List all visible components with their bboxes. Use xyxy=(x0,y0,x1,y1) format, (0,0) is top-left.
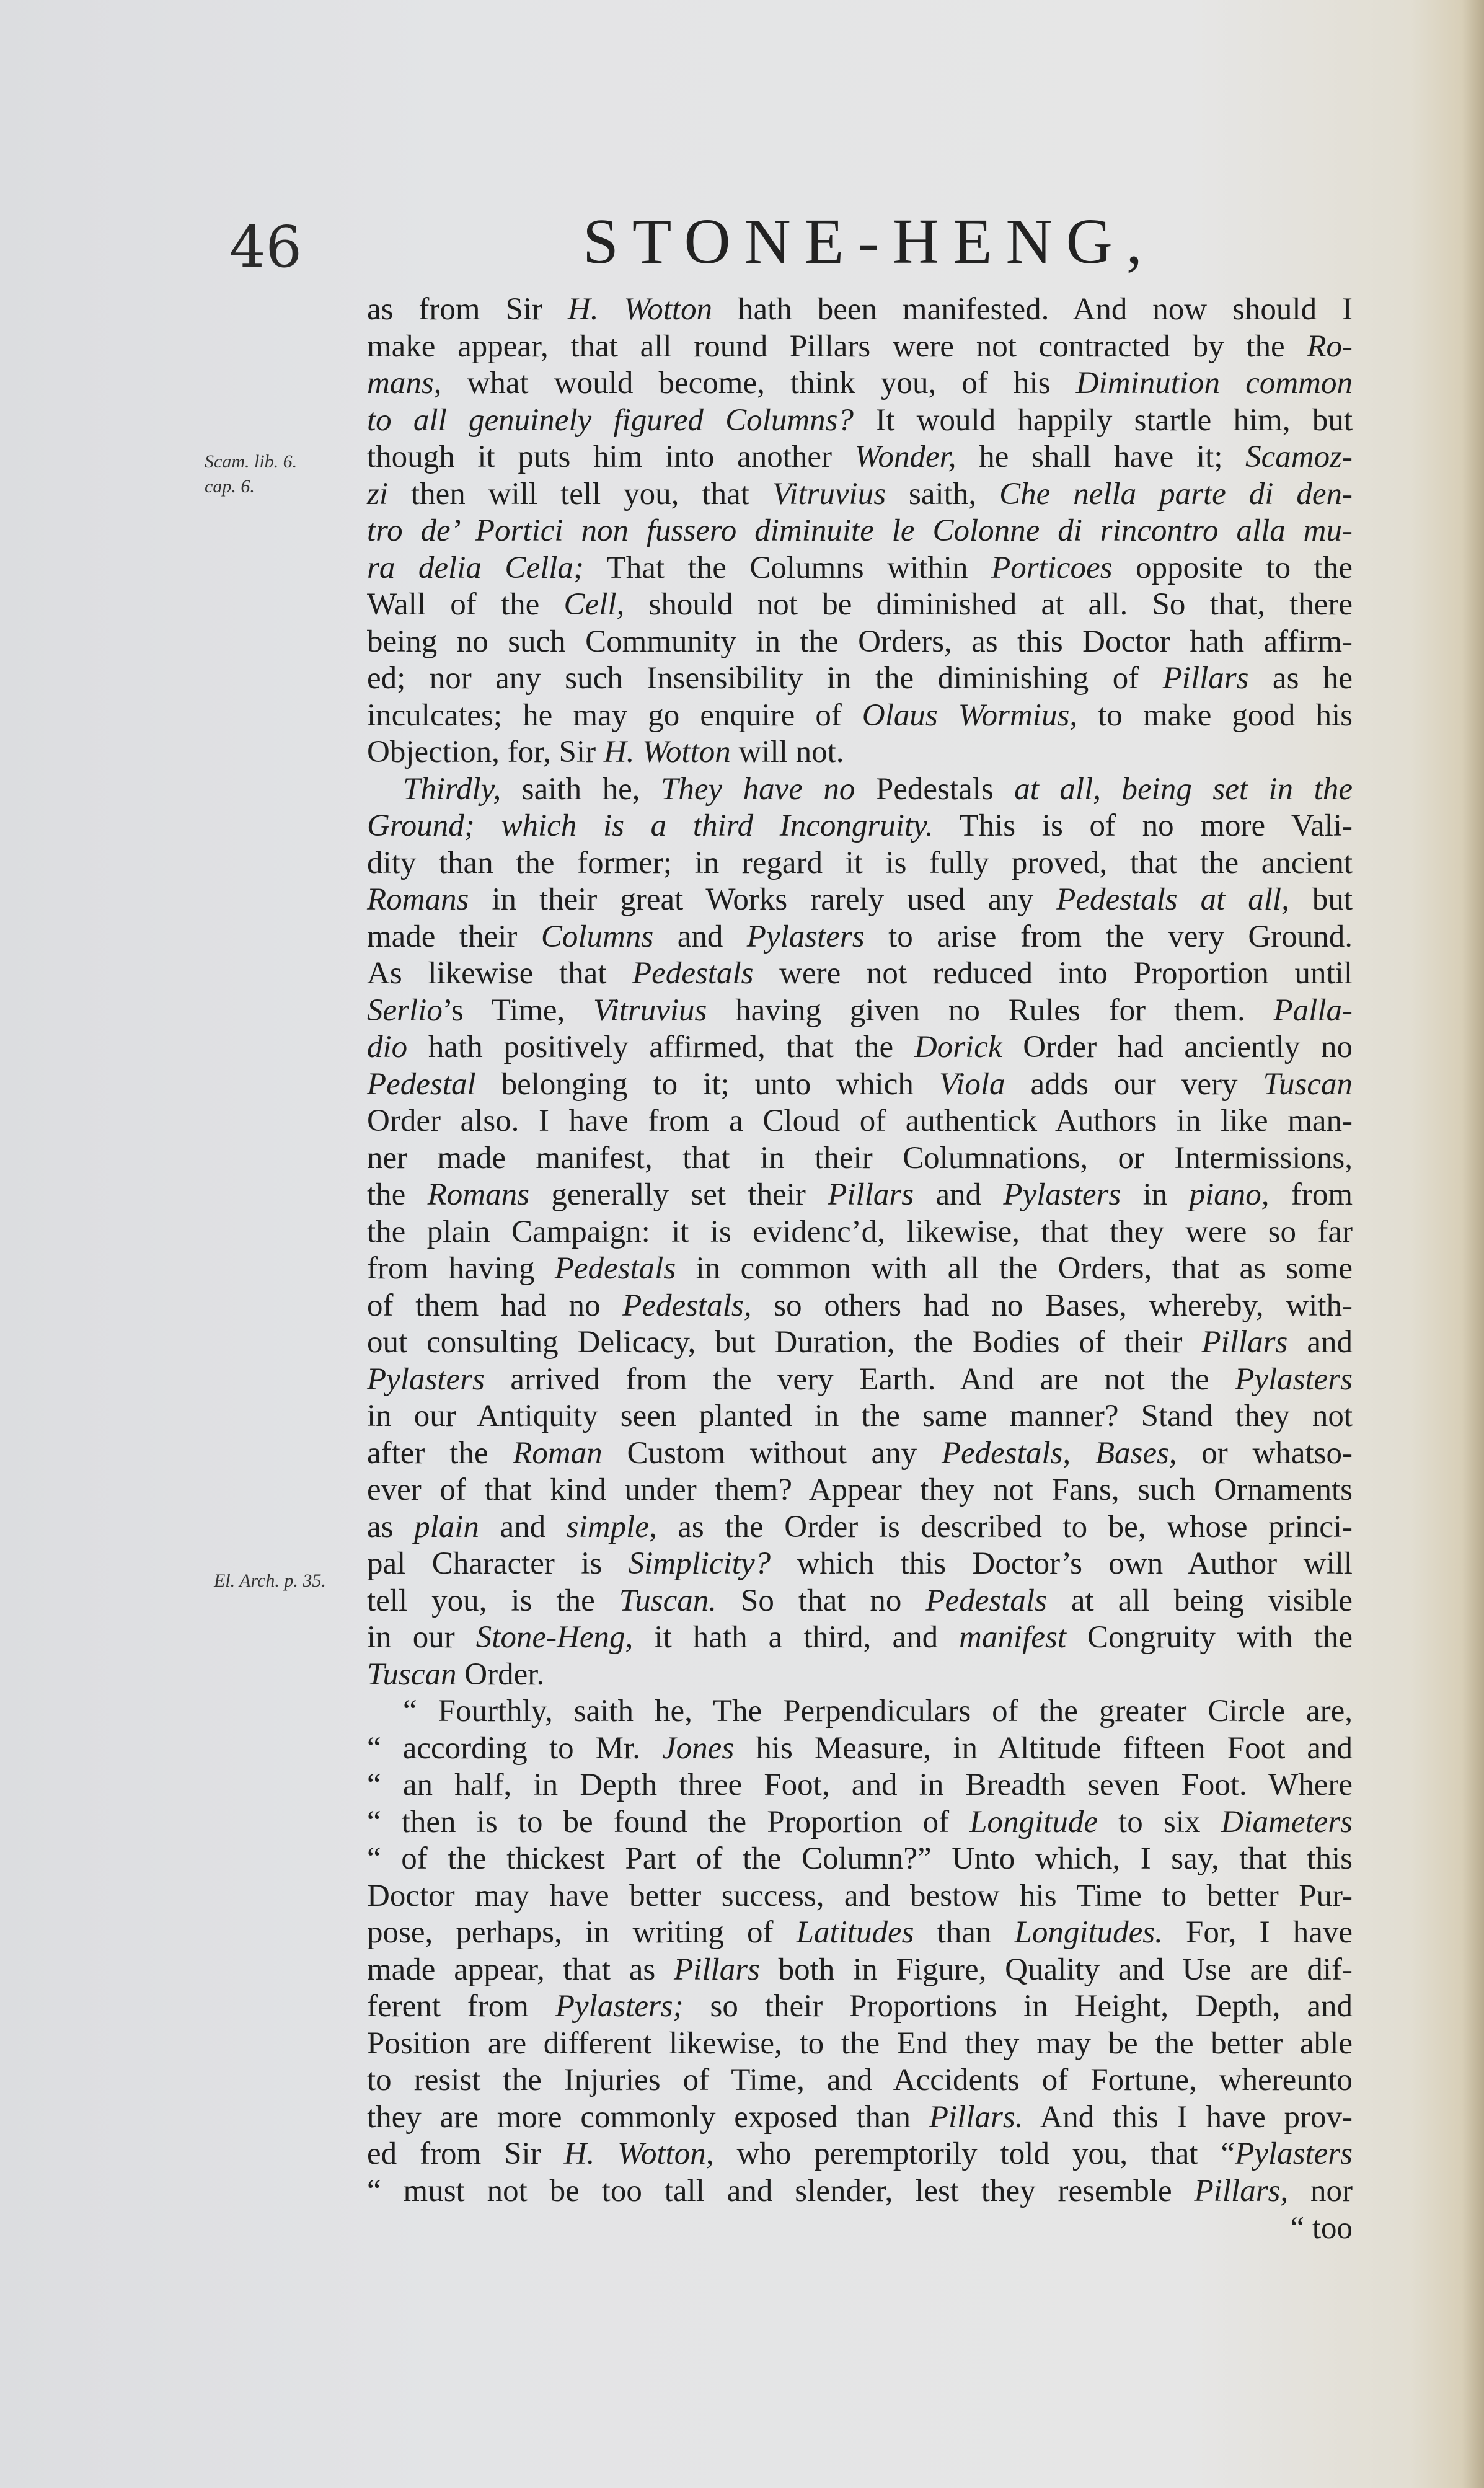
italic-segment: Serlio xyxy=(367,993,443,1028)
margin-note-el-arch: El. Arch. p. 35. xyxy=(214,1569,326,1593)
text-segment: at all being visible xyxy=(1047,1583,1353,1618)
italic-segment: Pylasters xyxy=(1235,1362,1353,1397)
text-segment: made their xyxy=(367,919,541,954)
text-segment: Custom without any xyxy=(603,1436,942,1471)
text-line: from having Pedestals in common with all… xyxy=(367,1251,1353,1288)
text-segment: nor xyxy=(1288,2174,1353,2208)
text-segment: as from Sir xyxy=(367,292,568,327)
text-line: ra delia Cella; That the Columns within … xyxy=(367,550,1353,587)
text-line: ner made manifest, that in their Columna… xyxy=(367,1140,1353,1177)
text-segment: though it puts him into another xyxy=(367,440,855,474)
text-segment: Wall of the xyxy=(367,587,564,622)
text-line: after the Roman Custom without any Pedes… xyxy=(367,1435,1353,1472)
text-segment: Doctor may have better success, and best… xyxy=(367,1879,1353,1913)
text-segment: made appear, that as xyxy=(367,1952,674,1987)
text-line: pal Character is Simplicity? which this … xyxy=(367,1546,1353,1583)
text-segment: tell you, is the xyxy=(367,1583,619,1618)
italic-segment: H. Wotton xyxy=(568,292,712,327)
text-line: dity than the former; in regard it is fu… xyxy=(367,845,1353,882)
text-segment: but xyxy=(1289,882,1353,917)
text-segment: as xyxy=(367,1510,414,1544)
text-line: Wall of the Cell, should not be diminish… xyxy=(367,587,1353,624)
text-segment: As likewise that xyxy=(367,956,632,991)
text-segment: That the Columns within xyxy=(584,551,991,585)
text-line: Objection, for, Sir H. Wotton will not. xyxy=(367,734,1353,771)
text-line: made their Columns and Pylasters to aris… xyxy=(367,919,1353,956)
text-segment: and xyxy=(914,1177,1003,1212)
book-page: 46 STONE-HENG, Scam. lib. 6. cap. 6. El.… xyxy=(0,0,1484,2488)
text-line: Romans in their great Works rarely used … xyxy=(367,882,1353,919)
text-line: the Romans generally set their Pillars a… xyxy=(367,1177,1353,1214)
text-segment: ner made manifest, that in their Columna… xyxy=(367,1141,1353,1175)
catchword: “ too xyxy=(367,2210,1353,2247)
text-line: Ground; which is a third Incongruity. Th… xyxy=(367,808,1353,845)
text-line: “ must not be too tall and slender, lest… xyxy=(367,2173,1353,2210)
text-segment: so their Proportions in Height, Depth, a… xyxy=(684,1989,1353,2024)
text-segment: being no such Community in the Orders, a… xyxy=(367,624,1353,659)
text-segment: in our xyxy=(367,1620,476,1655)
italic-segment: ra delia Cella; xyxy=(367,551,584,585)
text-segment: It would happily startle him, but xyxy=(854,403,1353,438)
text-line: “ according to Mr. Jones his Measure, in… xyxy=(367,1730,1353,1768)
italic-segment: manifest xyxy=(959,1620,1066,1655)
text-segment: Order had anciently no xyxy=(1002,1030,1353,1065)
italic-segment: Pillars xyxy=(674,1952,760,1987)
italic-segment: Pillars xyxy=(828,1177,914,1212)
margin-note-line: cap. 6. xyxy=(205,474,297,499)
italic-segment: Pedestals at all, xyxy=(1056,882,1289,917)
italic-segment: dio xyxy=(367,1030,407,1065)
italic-segment: Vitruvius xyxy=(772,477,886,511)
text-segment: the plain Campaign: it is evidenc’d, lik… xyxy=(367,1215,1353,1249)
text-segment: “ must not be too tall and slender, lest… xyxy=(367,2174,1195,2208)
italic-segment: simple, xyxy=(567,1510,657,1544)
text-segment: they are more commonly exposed than xyxy=(367,2100,929,2135)
text-segment: in common with all the Orders, that as s… xyxy=(676,1251,1353,1286)
text-segment: inculcates; he may go enquire of xyxy=(367,698,862,733)
text-segment: what would become, think you, of his xyxy=(441,366,1075,401)
text-segment: So that no xyxy=(717,1583,925,1618)
text-line: Tuscan Order. xyxy=(367,1657,1353,1694)
italic-segment: Romans xyxy=(428,1177,529,1212)
italic-segment: at all, being set in the xyxy=(1014,772,1353,807)
italic-segment: Romans xyxy=(367,882,469,917)
text-segment: in their great Works rarely used any xyxy=(469,882,1056,917)
text-line: in our Antiquity seen planted in the sam… xyxy=(367,1398,1353,1435)
text-segment: which this Doctor’s own Author will xyxy=(771,1546,1353,1581)
italic-segment: Jones xyxy=(662,1731,734,1766)
italic-segment: Diameters xyxy=(1221,1805,1353,1839)
text-segment: saith, xyxy=(886,477,999,511)
text-segment: pal Character is xyxy=(367,1546,629,1581)
text-line: Serlio’s Time, Vitruvius having given no… xyxy=(367,993,1353,1030)
text-segment: in xyxy=(1121,1177,1189,1212)
italic-segment: Tuscan. xyxy=(619,1583,717,1618)
text-line: pose, perhaps, in writing of Latitudes t… xyxy=(367,1915,1353,1952)
text-segment: This is of no more Vali- xyxy=(934,808,1353,843)
italic-segment: Simplicity? xyxy=(629,1546,771,1581)
text-segment: ever of that kind under them? Appear the… xyxy=(367,1472,1353,1507)
text-segment: and xyxy=(653,919,747,954)
italic-segment: Pedestals, Bases, xyxy=(942,1436,1177,1471)
text-line: Thirdly, saith he, They have no Pedestal… xyxy=(367,771,1353,808)
italic-segment: Palla- xyxy=(1274,993,1353,1028)
margin-note-line: Scam. lib. 6. xyxy=(205,449,297,474)
text-segment: of them had no xyxy=(367,1288,622,1323)
italic-segment: Pillars xyxy=(1163,661,1249,696)
body-text: as from Sir H. Wotton hath been manifest… xyxy=(367,291,1353,2210)
text-segment: hath been manifested. And now should I xyxy=(712,292,1353,327)
text-segment: to six xyxy=(1098,1805,1221,1839)
text-segment: will not. xyxy=(731,735,844,769)
text-segment: Order also. I have from a Cloud of authe… xyxy=(367,1104,1353,1138)
text-line: ed; nor any such Insensibility in the di… xyxy=(367,660,1353,697)
text-line: tro de’ Portici non fussero diminuite le… xyxy=(367,513,1353,550)
italic-segment: Porticoes xyxy=(991,551,1112,585)
text-line: inculcates; he may go enquire of Olaus W… xyxy=(367,697,1353,735)
italic-segment: zi xyxy=(367,477,388,511)
text-line: to all genuinely figured Columns? It wou… xyxy=(367,402,1353,440)
page-number: 46 xyxy=(229,214,302,280)
running-title: STONE-HENG, xyxy=(583,205,1156,278)
italic-segment: Pylasters; xyxy=(555,1989,684,2024)
text-segment: he shall have it; xyxy=(956,440,1246,474)
text-segment: to make good his xyxy=(1077,698,1353,733)
text-line: “ of the thickest Part of the Column?” U… xyxy=(367,1841,1353,1878)
text-segment: Order. xyxy=(457,1657,545,1692)
text-line: made appear, that as Pillars both in Fig… xyxy=(367,1952,1353,1989)
text-segment: ’s Time, xyxy=(443,993,593,1028)
text-segment: Objection, for, Sir xyxy=(367,735,604,769)
text-line: “ an half, in Depth three Foot, and in B… xyxy=(367,1767,1353,1804)
text-segment: both in Figure, Quality and Use are dif- xyxy=(760,1952,1353,1987)
text-line: of them had no Pedestals, so others had … xyxy=(367,1288,1353,1325)
italic-segment: They have no xyxy=(661,772,855,807)
text-line: Order also. I have from a Cloud of authe… xyxy=(367,1103,1353,1140)
text-line: the plain Campaign: it is evidenc’d, lik… xyxy=(367,1214,1353,1251)
text-segment: out consulting Delicacy, but Duration, t… xyxy=(367,1325,1201,1360)
margin-note-scamozzi: Scam. lib. 6. cap. 6. xyxy=(205,449,297,499)
text-segment: arrived from the very Earth. And are not… xyxy=(485,1362,1235,1397)
italic-segment: Dorick xyxy=(914,1030,1002,1065)
italic-segment: Ground; which is a third Incongruity. xyxy=(367,808,934,843)
italic-segment: Tuscan xyxy=(1263,1067,1353,1102)
text-line: Doctor may have better success, and best… xyxy=(367,1878,1353,1915)
italic-segment: Pylasters xyxy=(1235,2136,1353,2171)
italic-segment: Pedestal xyxy=(367,1067,476,1102)
text-line: make appear, that all round Pillars were… xyxy=(367,329,1353,366)
text-segment: and xyxy=(1287,1325,1353,1360)
text-segment: to arise from the very Ground. xyxy=(865,919,1353,954)
text-segment: And this I have prov- xyxy=(1023,2100,1353,2135)
italic-segment: Pedestals xyxy=(925,1583,1046,1618)
italic-segment: Diminution common xyxy=(1076,366,1353,401)
text-segment: to resist the Injuries of Time, and Acci… xyxy=(367,2063,1353,2097)
text-segment: belonging to it; unto which xyxy=(476,1067,939,1102)
text-segment: or whatso- xyxy=(1177,1436,1353,1471)
italic-segment: Viola xyxy=(939,1067,1005,1102)
text-line: As likewise that Pedestals were not redu… xyxy=(367,955,1353,993)
italic-segment: Olaus Wormius, xyxy=(862,698,1077,733)
text-line: Pylasters arrived from the very Earth. A… xyxy=(367,1361,1353,1399)
text-segment: were not reduced into Proportion until xyxy=(754,956,1353,991)
text-segment: ed from Sir xyxy=(367,2136,564,2171)
text-line: ever of that kind under them? Appear the… xyxy=(367,1472,1353,1509)
text-segment: Congruity with the xyxy=(1066,1620,1353,1655)
text-line: dio hath positively affirmed, that the D… xyxy=(367,1029,1353,1066)
text-segment: who peremptorily told you, that “ xyxy=(714,2136,1235,2171)
italic-segment: Pedestals xyxy=(632,956,753,991)
text-line: tell you, is the Tuscan. So that no Pede… xyxy=(367,1583,1353,1620)
text-segment: make appear, that all round Pillars were… xyxy=(367,329,1307,364)
italic-segment: Latitudes xyxy=(797,1915,914,1950)
text-segment: should not be diminished at all. So that… xyxy=(624,587,1353,622)
text-segment: adds our very xyxy=(1005,1067,1263,1102)
text-line: to resist the Injuries of Time, and Acci… xyxy=(367,2062,1353,2099)
text-segment: his Measure, in Altitude fifteen Foot an… xyxy=(734,1731,1353,1766)
text-line: mans, what would become, think you, of h… xyxy=(367,365,1353,402)
text-segment: and xyxy=(479,1510,567,1544)
text-segment: having given no Rules for them. xyxy=(707,993,1273,1028)
italic-segment: Pillars, xyxy=(1195,2174,1289,2208)
italic-segment: Roman xyxy=(513,1436,602,1471)
text-segment: “ then is to be found the Proportion of xyxy=(367,1805,969,1839)
text-segment: generally set their xyxy=(529,1177,828,1212)
text-segment: saith he, xyxy=(501,772,661,807)
text-segment: “ of the thickest Part of the Column?” U… xyxy=(367,1841,1353,1876)
text-segment: so others had no Bases, whereby, with- xyxy=(751,1288,1353,1323)
italic-segment: Longitude xyxy=(969,1805,1098,1839)
italic-segment: Longitudes. xyxy=(1014,1915,1162,1950)
italic-segment: to all genuinely figured Columns? xyxy=(367,403,854,438)
text-line: out consulting Delicacy, but Duration, t… xyxy=(367,1324,1353,1361)
italic-segment: Columns xyxy=(541,919,653,954)
text-segment: Position are different likewise, to the … xyxy=(367,2026,1353,2061)
italic-segment: piano, xyxy=(1190,1177,1270,1212)
italic-segment: H. Wotton, xyxy=(564,2136,714,2171)
text-segment: in our Antiquity seen planted in the sam… xyxy=(367,1399,1353,1433)
text-segment: “ an half, in Depth three Foot, and in B… xyxy=(367,1768,1353,1802)
text-segment: ferent from xyxy=(367,1989,555,2024)
text-line: zi then will tell you, that Vitruvius sa… xyxy=(367,476,1353,513)
italic-segment: Pillars xyxy=(1201,1325,1287,1360)
italic-segment: Pylasters xyxy=(1003,1177,1121,1212)
text-segment: dity than the former; in regard it is fu… xyxy=(367,846,1353,880)
italic-segment: Scamoz- xyxy=(1245,440,1353,474)
text-line: being no such Community in the Orders, a… xyxy=(367,624,1353,661)
italic-segment: Vitruvius xyxy=(593,993,707,1028)
text-segment: “ according to Mr. xyxy=(367,1731,662,1766)
text-line: though it puts him into another Wonder, … xyxy=(367,439,1353,476)
text-line: Pedestal belonging to it; unto which Vio… xyxy=(367,1066,1353,1104)
text-segment: pose, perhaps, in writing of xyxy=(367,1915,797,1950)
italic-segment: mans, xyxy=(367,366,441,401)
text-line: ferent from Pylasters; so their Proporti… xyxy=(367,1988,1353,2025)
text-segment: from xyxy=(1270,1177,1353,1212)
text-segment: as the Order is described to be, whose p… xyxy=(657,1510,1353,1544)
italic-segment: Cell, xyxy=(564,587,625,622)
italic-segment: Stone-Heng, xyxy=(476,1620,634,1655)
text-line: as plain and simple, as the Order is des… xyxy=(367,1509,1353,1546)
text-segment: it hath a third, and xyxy=(633,1620,959,1655)
text-line: “ then is to be found the Proportion of … xyxy=(367,1804,1353,1841)
text-line: “ Fourthly, saith he, The Perpendiculars… xyxy=(367,1693,1353,1730)
italic-segment: Wonder, xyxy=(855,440,956,474)
italic-segment: tro de’ Portici non fussero diminuite le… xyxy=(367,513,1353,548)
text-line: they are more commonly exposed than Pill… xyxy=(367,2099,1353,2136)
italic-segment: Pillars. xyxy=(929,2100,1023,2135)
italic-segment: Pedestals, xyxy=(622,1288,751,1323)
text-segment: ed; nor any such Insensibility in the di… xyxy=(367,661,1163,696)
text-segment: For, I have xyxy=(1163,1915,1353,1950)
italic-segment: Che nella parte di den- xyxy=(999,477,1353,511)
italic-segment: Pylasters xyxy=(747,919,865,954)
text-segment: than xyxy=(914,1915,1014,1950)
text-segment: from having xyxy=(367,1251,555,1286)
italic-segment: Ro- xyxy=(1307,329,1353,364)
italic-segment: Thirdly, xyxy=(403,772,501,807)
italic-segment: H. Wotton xyxy=(604,735,731,769)
italic-segment: plain xyxy=(414,1510,479,1544)
text-segment: as he xyxy=(1249,661,1353,696)
italic-segment: Pedestals xyxy=(555,1251,676,1286)
text-segment: then will tell you, that xyxy=(388,477,772,511)
text-segment: after the xyxy=(367,1436,513,1471)
italic-segment: Pylasters xyxy=(367,1362,485,1397)
text-segment: “ Fourthly, saith he, The Perpendiculars… xyxy=(403,1694,1353,1729)
text-segment: Pedestals xyxy=(855,772,1014,807)
text-line: Position are different likewise, to the … xyxy=(367,2025,1353,2063)
text-segment: the xyxy=(367,1177,428,1212)
text-segment: hath positively affirmed, that the xyxy=(407,1030,914,1065)
text-line: as from Sir H. Wotton hath been manifest… xyxy=(367,291,1353,329)
text-line: in our Stone-Heng, it hath a third, and … xyxy=(367,1619,1353,1657)
text-line: ed from Sir H. Wotton, who peremptorily … xyxy=(367,2136,1353,2173)
margin-note-line: El. Arch. p. 35. xyxy=(214,1569,326,1593)
italic-segment: Tuscan xyxy=(367,1657,457,1692)
text-segment: opposite to the xyxy=(1113,551,1353,585)
